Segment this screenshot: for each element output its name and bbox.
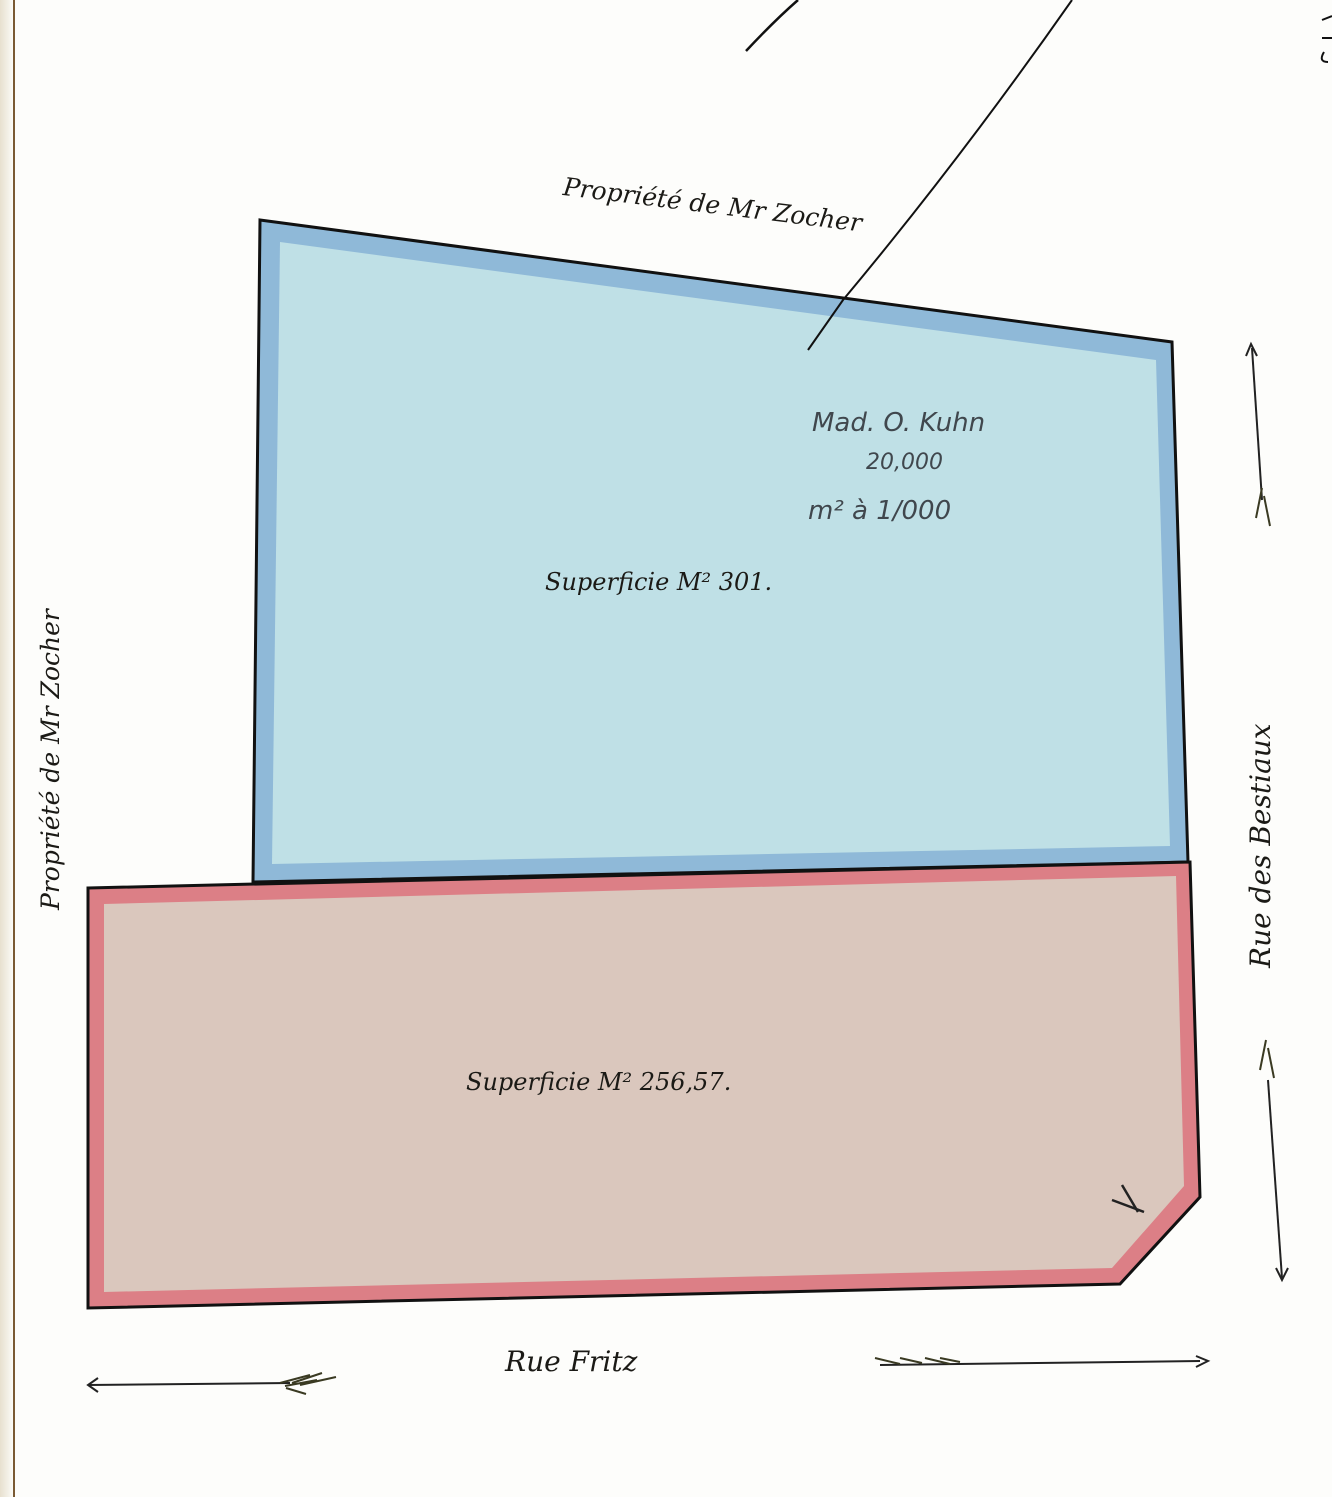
edge-fragment-mark [1322,16,1332,62]
annotation-line-1: Mad. O. Kuhn [812,408,985,438]
parcel-pink-area-label: Superficie M² 256,57. [466,1068,731,1096]
arrow-rue-fritz-left [88,1373,336,1394]
boundary-line-curve-left [746,0,798,51]
label-rue-fritz: Rue Fritz [505,1345,637,1378]
annotation-line-2: 20,000 [866,450,943,475]
plan-drawing [0,0,1332,1497]
arrow-rue-fritz-right [875,1356,1208,1367]
label-rue-des-bestiaux: Rue des Bestiaux [1244,723,1277,968]
parcel-blue-301[interactable] [253,220,1188,882]
label-west-neighbor: Propriété de Mr Zocher [36,609,65,910]
parcel-blue-area-label: Superficie M² 301. [545,568,772,596]
annotation-line-3: m² à 1/000 [808,496,951,526]
